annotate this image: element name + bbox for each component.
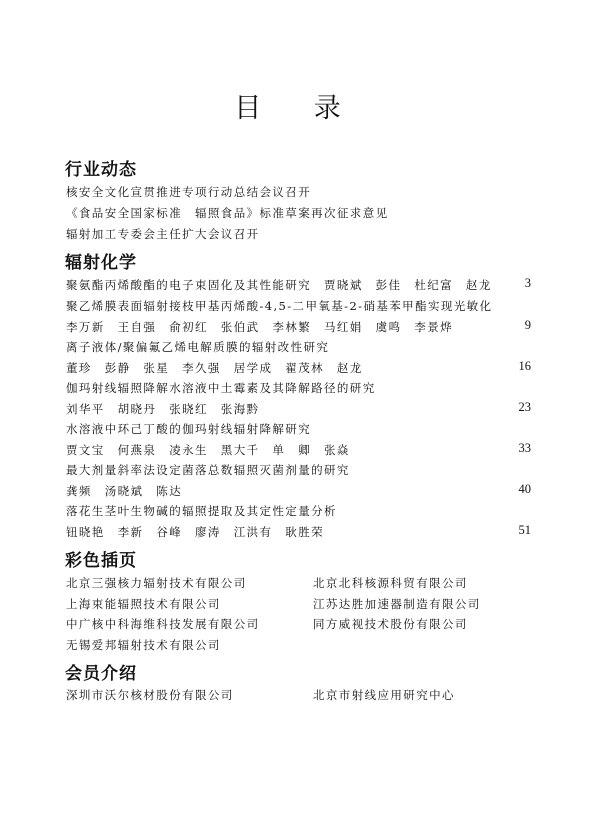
section-heading-members: 会员介绍 <box>65 659 137 684</box>
page-number: 23 <box>519 400 532 415</box>
article-title: 离子液体/聚偏氟乙烯电解质膜的辐射改性研究 <box>66 339 329 355</box>
page-number: 16 <box>519 359 532 374</box>
article-authors: 刘华平 胡晓丹 张晓红 张海黔 <box>66 401 260 417</box>
page-number: 3 <box>525 276 531 291</box>
article-title: 落花生茎叶生物碱的辐照提取及其定性定量分析 <box>66 503 337 519</box>
company-item: 北京三强核力辐射技术有限公司 <box>66 575 247 591</box>
article-line: 聚氨酯丙烯酸酯的电子束固化及其性能研究 贾晓斌 彭佳 杜纪富 赵龙 <box>66 277 492 293</box>
article-authors: 李万新 王自强 俞初红 张伯武 李林繁 马红娟 虞鸣 李景烨 <box>66 319 453 335</box>
article-title: 聚乙烯膜表面辐射接枝甲基丙烯酸-4,5-二甲氧基-2-硝基苯甲酯实现光敏化 <box>66 298 492 314</box>
company-item: 无锡爱邦辐射技术有限公司 <box>66 637 221 653</box>
section-heading-chemistry: 辐射化学 <box>65 248 137 273</box>
article-authors: 董珍 彭静 张星 李久强 居学成 翟茂林 赵龙 <box>66 360 363 376</box>
news-item: 核安全文化宣贯推进专项行动总结会议召开 <box>66 184 311 200</box>
page-title: 目 录 <box>0 86 597 125</box>
member-item: 北京市射线应用研究中心 <box>313 687 455 703</box>
section-heading-color-pages: 彩色插页 <box>65 546 137 571</box>
company-item: 江苏达胜加速器制造有限公司 <box>313 596 481 612</box>
article-authors: 贾晓斌 彭佳 杜纪富 赵龙 <box>324 278 492 292</box>
company-item: 中广核中科海维科技发展有限公司 <box>66 616 260 632</box>
page-number: 40 <box>519 482 532 497</box>
company-item: 北京北科核源科贸有限公司 <box>313 575 468 591</box>
article-title: 水溶液中环己丁酸的伽玛射线辐射降解研究 <box>66 421 311 437</box>
article-title: 伽玛射线辐照降解水溶液中土霉素及其降解路径的研究 <box>66 380 376 396</box>
article-title: 聚氨酯丙烯酸酯的电子束固化及其性能研究 <box>66 278 311 292</box>
article-authors: 龚频 汤晓斌 陈达 <box>66 483 182 499</box>
company-item: 同方威视技术股份有限公司 <box>313 616 468 632</box>
news-item: 辐射加工专委会主任扩大会议召开 <box>66 226 260 242</box>
article-authors: 钮晓艳 李新 谷峰 廖涛 江洪有 耿胜荣 <box>66 524 324 540</box>
news-item: 《食品安全国家标准 辐照食品》标准草案再次征求意见 <box>66 205 389 221</box>
page-number: 9 <box>525 318 531 333</box>
article-title: 最大剂量斜率法设定菌落总数辐照灭菌剂量的研究 <box>66 462 350 478</box>
member-item: 深圳市沃尔核材股份有限公司 <box>66 687 234 703</box>
article-authors: 贾文宝 何燕泉 凌永生 黑大千 单 卿 张焱 <box>66 442 350 458</box>
page-number: 51 <box>519 523 532 538</box>
company-item: 上海束能辐照技术有限公司 <box>66 596 221 612</box>
section-heading-news: 行业动态 <box>65 155 137 180</box>
page-number: 33 <box>519 441 532 456</box>
